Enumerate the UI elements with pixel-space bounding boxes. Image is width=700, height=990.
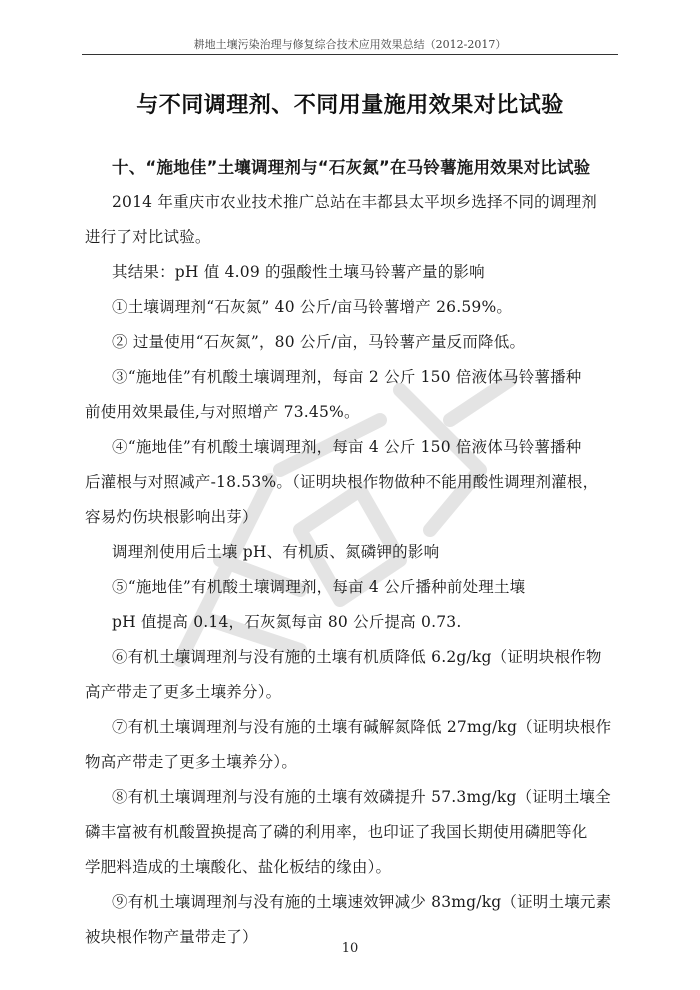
paragraph-line: 学肥料造成的土壤酸化、盐化板结的缘由）。: [85, 850, 617, 885]
page-title: 与不同调理剂、不同用量施用效果对比试验: [0, 88, 700, 119]
paragraph-line: pH 值提高 0.14，石灰氮每亩 80 公斤提高 0.73.: [85, 605, 617, 640]
paragraph-line: 容易灼伤块根影响出芽）: [85, 500, 617, 535]
paragraph-line: 调理剂使用后土壤 pH、有机质、氮磷钾的影响: [85, 535, 617, 570]
paragraph-line: 前使用效果最佳,与对照增产 73.45%。: [85, 395, 617, 430]
result-item-3: ③“施地佳”有机酸土壤调理剂，每亩 2 公斤 150 倍液体马铃薯播种: [85, 360, 617, 395]
result-item-4: ④“施地佳”有机酸土壤调理剂，每亩 4 公斤 150 倍液体马铃薯播种: [85, 430, 617, 465]
paragraph-line: 后灌根与对照减产-18.53%。（证明块根作物做种不能用酸性调理剂灌根，: [85, 465, 617, 500]
page-number: 10: [0, 941, 700, 956]
result-item-5: ⑤“施地佳”有机酸土壤调理剂，每亩 4 公斤播种前处理土壤: [85, 570, 617, 605]
result-item-2: ② 过量使用“石灰氮”，80 公斤/亩，马铃薯产量反而降低。: [85, 325, 617, 360]
result-item-1: ①土壤调理剂“石灰氮” 40 公斤/亩马铃薯增产 26.59%。: [85, 290, 617, 325]
running-header-title: 耕地土壤污染治理与修复综合技术应用效果总结（2012-2017）: [194, 38, 507, 51]
paragraph-line: 进行了对比试验。: [85, 220, 617, 255]
paragraph-line: 磷丰富被有机酸置换提高了磷的利用率，也印证了我国长期使用磷肥等化: [85, 815, 617, 850]
paragraph-line: 物高产带走了更多土壤养分）。: [85, 745, 617, 780]
running-header: 耕地土壤污染治理与修复综合技术应用效果总结（2012-2017）: [82, 38, 618, 55]
result-item-9: ⑨有机土壤调理剂与没有施的土壤速效钾减少 83mg/kg（证明土壤元素: [85, 885, 617, 920]
section-heading: 十、“施地佳”土壤调理剂与“石灰氮”在马铃薯施用效果对比试验: [85, 150, 617, 185]
result-item-6: ⑥有机土壤调理剂与没有施的土壤有机质降低 6.2g/kg（证明块根作物: [85, 640, 617, 675]
paragraph-line: 2014 年重庆市农业技术推广总站在丰都县太平坝乡选择不同的调理剂: [85, 185, 617, 220]
paragraph-line: 高产带走了更多土壤养分）。: [85, 675, 617, 710]
document-body: 十、“施地佳”土壤调理剂与“石灰氮”在马铃薯施用效果对比试验 2014 年重庆市…: [85, 150, 617, 955]
result-item-8: ⑧有机土壤调理剂与没有施的土壤有效磷提升 57.3mg/kg（证明土壤全: [85, 780, 617, 815]
result-item-7: ⑦有机土壤调理剂与没有施的土壤有碱解氮降低 27mg/kg（证明块根作: [85, 710, 617, 745]
paragraph-line: 其结果：pH 值 4.09 的强酸性土壤马铃薯产量的影响: [85, 255, 617, 290]
